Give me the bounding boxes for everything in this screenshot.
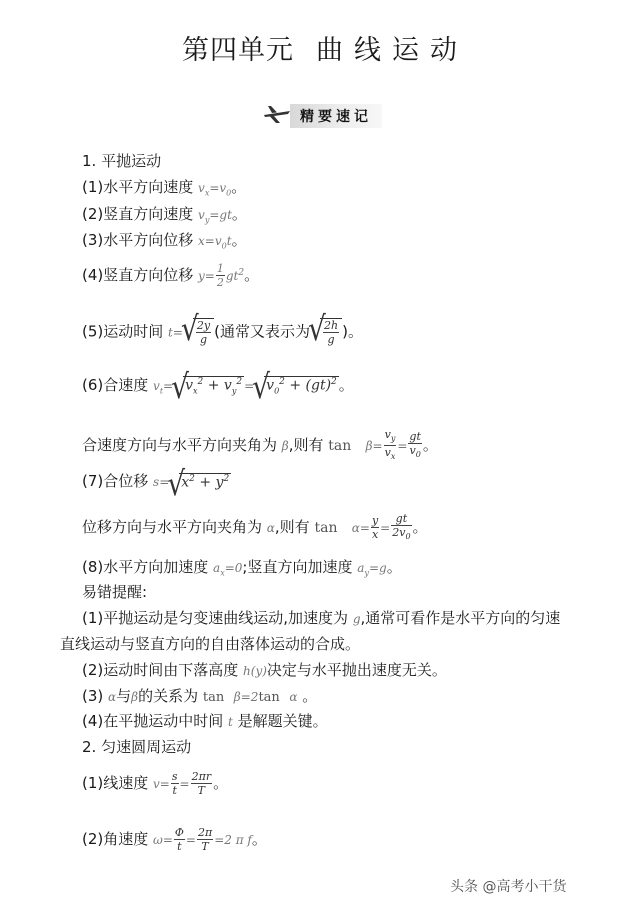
tip-1-cont: 直线运动与竖直方向的自由落体运动的合成。 — [60, 633, 360, 654]
title-char: 动 — [430, 35, 458, 66]
watermark: 头条 @高考小干货 — [450, 876, 566, 896]
item-3: (3)水平方向位移 x=v0t。 — [82, 229, 247, 250]
tip-4: (4)在平抛运动中时间 t 是解题关键。 — [82, 710, 328, 731]
item-4: (4)竖直方向位移 y=12gt2。 — [82, 262, 259, 289]
badge-label: 精要速记 — [300, 106, 372, 126]
item-6: (6)合速度 vt=vx2 + vy2=v02 + (gt)2。 — [82, 374, 354, 395]
section-heading: 1. 平抛运动 — [82, 150, 161, 171]
item-5: (5)运动时间 t=2yg(通常又表示为2hg)。 — [82, 318, 363, 346]
item-1: (1)水平方向速度 vx=v0。 — [82, 176, 246, 197]
item-8: (8)水平方向加速度 ax=0;竖直方向加速度 ay=g。 — [82, 556, 402, 577]
section-heading: 2. 匀速圆周运动 — [82, 736, 191, 757]
item-7: (7)合位移 s=x2 + y2 — [82, 470, 231, 491]
page-title: 第四单元曲线运动 — [0, 28, 640, 67]
tip-2: (2)运动时间由下落高度 h(y)决定与水平抛出速度无关。 — [82, 659, 447, 680]
item-angular-velocity: (2)角速度 ω=Φt=2πT=2 π f。 — [82, 826, 267, 853]
item-linear-velocity: (1)线速度 v=st=2πrT。 — [82, 770, 228, 797]
tip-1: (1)平抛运动是匀变速曲线运动,加速度为 g,通常可看作是水平方向的匀速 — [82, 607, 560, 628]
title-char: 线 — [354, 35, 382, 66]
title-char: 曲 — [316, 35, 344, 66]
title-char: 运 — [392, 35, 420, 66]
item-2: (2)竖直方向速度 vy=gt。 — [82, 203, 247, 224]
item-alpha: 位移方向与水平方向夹角为 α,则有 tan α=yx=gt2v0。 — [82, 512, 428, 543]
item-beta: 合速度方向与水平方向夹角为 β,则有 tan β=vyvx=gtv0。 — [82, 428, 438, 463]
unit-label: 第四单元 — [182, 35, 294, 66]
section-badge: 精要速记 — [262, 101, 380, 129]
tips-heading: 易错提醒: — [82, 581, 147, 602]
airplane-icon — [262, 103, 292, 125]
tip-3: (3) α与β的关系为 tan β=2tan α 。 — [82, 685, 317, 706]
